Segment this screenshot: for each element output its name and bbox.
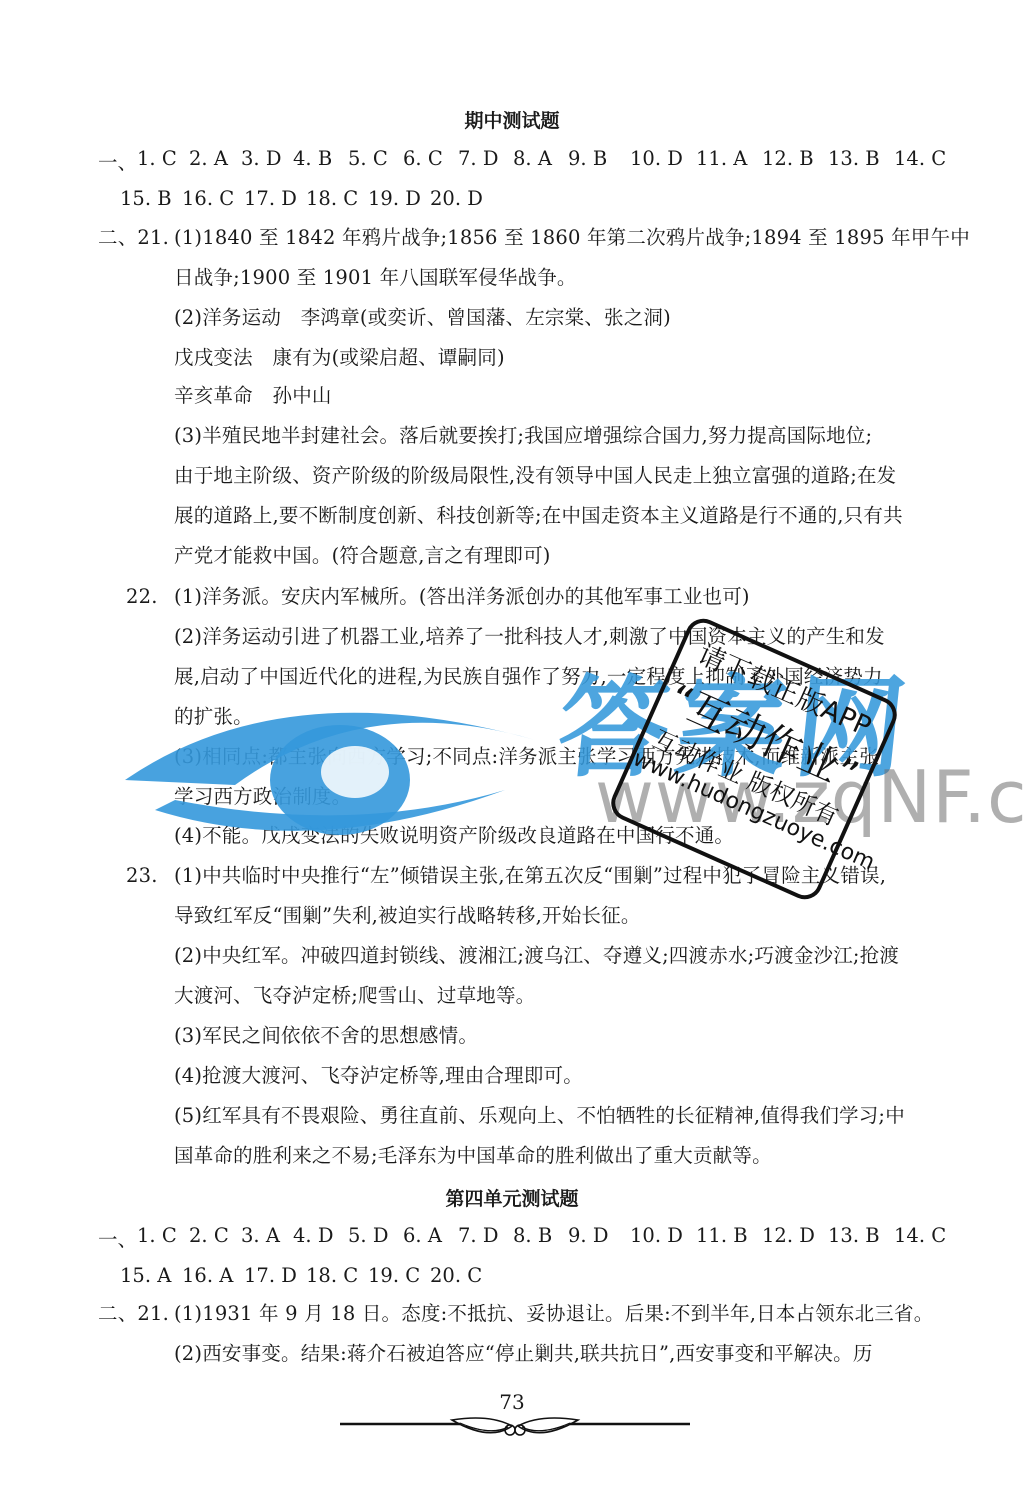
- mc-answer: 16. C: [182, 187, 244, 210]
- q22-line-2: (2)洋务运动引进了机器工业,培养了一批科技人才,刺激了中国资本主义的产生和发: [174, 627, 885, 647]
- q21-line-3: (2)洋务运动 李鸿章(或奕䜣、曾国藩、左宗棠、张之洞): [174, 308, 671, 328]
- q21-line-9: 产党才能救中国。(符合题意,言之有理即可): [174, 546, 551, 566]
- mc-answer: 17. D: [244, 1264, 306, 1287]
- mc-prefix: 一、: [98, 147, 137, 175]
- mc-answer: 1. C: [137, 1224, 189, 1252]
- question-label: 23.: [126, 866, 174, 886]
- question-label: 22.: [126, 587, 174, 607]
- mc-answer: 20. C: [430, 1264, 482, 1287]
- q21-line-4: 戊戌变法 康有为(或梁启超、谭嗣同): [174, 348, 505, 368]
- page-number: 73: [0, 1390, 1024, 1414]
- q23-line-4: 大渡河、飞夺泸定桥;爬雪山、过草地等。: [174, 986, 535, 1006]
- mc-answer: 10. D: [630, 1224, 696, 1252]
- q23-line-5: (3)军民之间依依不舍的思想感情。: [174, 1026, 478, 1046]
- mc-answer: 15. A: [120, 1264, 182, 1287]
- q21-line-6: (3)半殖民地半封建社会。落后就要挨打;我国应增强综合国力,努力提高国际地位;: [174, 426, 872, 446]
- mc-answer: 13. B: [828, 1224, 894, 1252]
- mc-answer: 9. B: [568, 147, 630, 175]
- q21-line-7: 由于地主阶级、资产阶级的阶级局限性,没有领导中国人民走上独立富强的道路;在发: [174, 466, 896, 486]
- question-label: 二、21.: [98, 1304, 174, 1324]
- mc-answer: 9. D: [568, 1224, 630, 1252]
- mc-answer: 19. D: [368, 187, 430, 210]
- stamp-line-3: 互动作业 版权所有: [639, 715, 854, 836]
- mc-answer: 11. A: [696, 147, 762, 175]
- mc-answer: 6. C: [403, 147, 458, 175]
- mc-answer: 19. C: [368, 1264, 430, 1287]
- q23-line-8: 国革命的胜利来之不易;毛泽东为中国革命的胜利做出了重大贡献等。: [174, 1146, 772, 1166]
- mc-answer: 18. C: [306, 187, 368, 210]
- section-title-unit4: 第四单元测试题: [0, 1184, 1024, 1211]
- mc-answer: 16. A: [182, 1264, 244, 1287]
- q23-line-2: 导致红军反“围剿”失利,被迫实行战略转移,开始长征。: [174, 906, 641, 926]
- q23-line-3: (2)中央红军。冲破四道封锁线、渡湘江;渡乌江、夺遵义;四渡赤水;巧渡金沙江;抢…: [174, 946, 899, 966]
- mc-answer: 8. B: [513, 1224, 568, 1252]
- mc-answer: 2. C: [189, 1224, 241, 1252]
- mc-answer: 12. D: [762, 1224, 828, 1252]
- mc-answer: 7. D: [458, 1224, 513, 1252]
- mc-prefix: 一、: [98, 1224, 137, 1252]
- mc-answer: 13. B: [828, 147, 894, 175]
- mc-answer: 7. D: [458, 147, 513, 175]
- q21-line-1: 二、21.(1)1840 至 1842 年鸦片战争;1856 至 1860 年第…: [98, 228, 970, 248]
- mc-answer: 8. A: [513, 147, 568, 175]
- unit4-q21-line-2: (2)西安事变。结果:蒋介石被迫答应“停止剿共,联共抗日”,西安事变和平解决。历: [174, 1344, 873, 1364]
- mc-answer: 5. D: [348, 1224, 403, 1252]
- footer-ornament-icon: [340, 1412, 690, 1444]
- mc-answer: 4. D: [293, 1224, 348, 1252]
- mc-answer: 3. A: [241, 1224, 293, 1252]
- mc-answer: 14. C: [894, 147, 946, 175]
- mc-answer: 1. C: [137, 147, 189, 175]
- mc-answers-row-2: 15. B 16. C 17. D 18. C 19. D 20. D: [120, 187, 483, 210]
- document-page: 期中测试题 一、 1. C 2. A 3. D 4. B 5. C 6. C 7…: [0, 0, 1024, 1507]
- q23-line-1: 23.(1)中共临时中央推行“左”倾错误主张,在第五次反“围剿”过程中犯了冒险主…: [126, 866, 886, 886]
- mc-answers-row-1: 一、 1. C 2. A 3. D 4. B 5. C 6. C 7. D 8.…: [98, 147, 946, 175]
- mc-answer: 6. A: [403, 1224, 458, 1252]
- q21-line-5: 辛亥革命 孙中山: [174, 386, 332, 406]
- mc-answer: 17. D: [244, 187, 306, 210]
- watermark-brand-text: 答案网: [552, 640, 923, 798]
- mc-answer: 18. C: [306, 1264, 368, 1287]
- q22-line-3: 展,启动了中国近代化的进程,为民族自强作了努力,一定程度上抑制了外国经济势力: [174, 667, 883, 687]
- mc-answer: 20. D: [430, 187, 483, 210]
- q21-line-2: 日战争;1900 至 1901 年八国联军侵华战争。: [174, 268, 577, 288]
- q22-line-7: (4)不能。戊戌变法的失败说明资产阶级改良道路在中国行不通。: [174, 826, 734, 846]
- mc-answer: 14. C: [894, 1224, 946, 1252]
- q22-line-5: (3)相同点:都主张向西方学习;不同点:洋务派主张学习西方先进技术,而维新派主张: [174, 747, 879, 767]
- mc-answers-row-2: 15. A 16. A 17. D 18. C 19. C 20. C: [120, 1264, 482, 1287]
- mc-answer: 3. D: [241, 147, 293, 175]
- q23-line-6: (4)抢渡大渡河、飞夺泸定桥等,理由合理即可。: [174, 1066, 583, 1086]
- mc-answer: 11. B: [696, 1224, 762, 1252]
- q23-line-7: (5)红军具有不畏艰险、勇往直前、乐观向上、不怕牺牲的长征精神,值得我们学习;中: [174, 1106, 905, 1126]
- q22-line-6: 学习西方政治制度。: [174, 787, 351, 807]
- mc-answer: 5. C: [348, 147, 403, 175]
- mc-answers-row-1: 一、 1. C 2. C 3. A 4. D 5. D 6. A 7. D 8.…: [98, 1224, 946, 1252]
- mc-answer: 4. B: [293, 147, 348, 175]
- q21-line-8: 展的道路上,要不断制度创新、科技创新等;在中国走资本主义道路是行不通的,只有共: [174, 506, 903, 526]
- mc-answer: 12. B: [762, 147, 828, 175]
- q22-line-1: 22.(1)洋务派。安庆内军械所。(答出洋务派创办的其他军事工业也可): [126, 587, 750, 607]
- unit4-q21-line-1: 二、21.(1)1931 年 9 月 18 日。态度:不抵抗、妥协退让。后果:不…: [98, 1304, 933, 1324]
- mc-answer: 15. B: [120, 187, 182, 210]
- section-title-midterm: 期中测试题: [0, 106, 1024, 133]
- question-label: 二、21.: [98, 228, 174, 248]
- mc-answer: 10. D: [630, 147, 696, 175]
- q22-line-4: 的扩张。: [174, 707, 253, 727]
- mc-answer: 2. A: [189, 147, 241, 175]
